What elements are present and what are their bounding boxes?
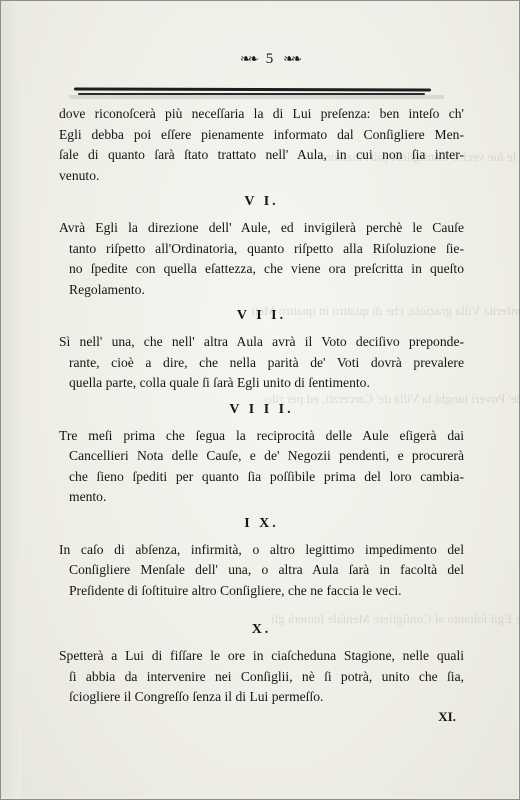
text-line: Avrà Egli la direzione dell' Aule, ed in… xyxy=(59,218,464,239)
text-line: mento. xyxy=(59,487,464,508)
text-line: Tre meſi prima che ſegua la reciprocità … xyxy=(59,426,464,447)
section-continuation: dove riconoſcerà più neceſſaria la di Lu… xyxy=(59,104,464,186)
ornament-right-icon: ❧❧ xyxy=(283,51,299,67)
header-rule-shadow xyxy=(69,95,444,99)
body-text: dove riconoſcerà più neceſſaria la di Lu… xyxy=(59,104,464,726)
page-number: 5 xyxy=(266,51,274,67)
text-line: no ſpedite con quella eſattezza, che vie… xyxy=(59,259,464,280)
text-line: dove riconoſcerà più neceſſaria la di Lu… xyxy=(59,104,464,125)
section-ix: I X. In caſo di abſenza, infirmità, o al… xyxy=(59,515,464,602)
text-line: tanto riſpetto all'Ordinatoria, quanto r… xyxy=(59,239,464,260)
text-line: Regolamento. xyxy=(59,280,464,301)
text-line: In caſo di abſenza, infirmità, o altro l… xyxy=(59,540,464,561)
page-gutter xyxy=(1,1,21,798)
text-line: quella parte, colla quale ſi ſarà Egli u… xyxy=(59,373,464,394)
text-line: ſale di quanto ſarà ſtato trattato nell'… xyxy=(59,145,464,166)
section-heading: I X. xyxy=(59,515,464,533)
text-line: Preſidente di ſoſtituire altro Conſiglie… xyxy=(59,581,464,602)
page-header: ❧❧5❧❧ xyxy=(21,51,518,68)
catchword: XI. xyxy=(59,708,464,726)
text-line: Egli debba poi eſſere pienamente informa… xyxy=(59,125,464,146)
text-line: Spetterà a Lui di fiſſare le ore in ciaſ… xyxy=(59,646,464,667)
section-x: X. Spetterà a Lui di fiſſare le ore in c… xyxy=(59,621,464,708)
section-heading: X. xyxy=(59,621,464,639)
text-line: ſi abbia da intervenire nei Conſiglii, n… xyxy=(59,667,464,688)
text-line: ſciogliere il Congreſſo ſenza il di Lui … xyxy=(59,687,464,708)
header-rule-thick xyxy=(74,88,431,92)
section-viii: V I I I. Tre meſi prima che ſegua la rec… xyxy=(59,401,464,508)
section-vi: V I. Avrà Egli la direzione dell' Aule, … xyxy=(59,193,464,300)
ornament-left-icon: ❧❧ xyxy=(240,51,256,67)
text-line: Cancellieri Nota delle Cauſe, e de' Nego… xyxy=(59,446,464,467)
book-page: ſe le ſue veci il Conſigliere più Anzian… xyxy=(21,1,518,798)
text-line: rante, cioè a dire, che nella parità de'… xyxy=(59,353,464,374)
text-line: Conſigliere Menſale dell' una, o altra A… xyxy=(59,560,464,581)
text-line: Sì nell' una, che nell' altra Aula avrà … xyxy=(59,332,464,353)
text-line: venuto. xyxy=(59,166,464,187)
section-vii: V I I. Sì nell' una, che nell' altra Aul… xyxy=(59,307,464,394)
section-heading: V I I I. xyxy=(59,401,464,419)
header-rule-thin xyxy=(78,93,425,95)
text-line: che ſieno ſpediti per quanto ſia poſſibi… xyxy=(59,467,464,488)
section-heading: V I. xyxy=(59,193,464,211)
section-heading: V I I. xyxy=(59,307,464,325)
